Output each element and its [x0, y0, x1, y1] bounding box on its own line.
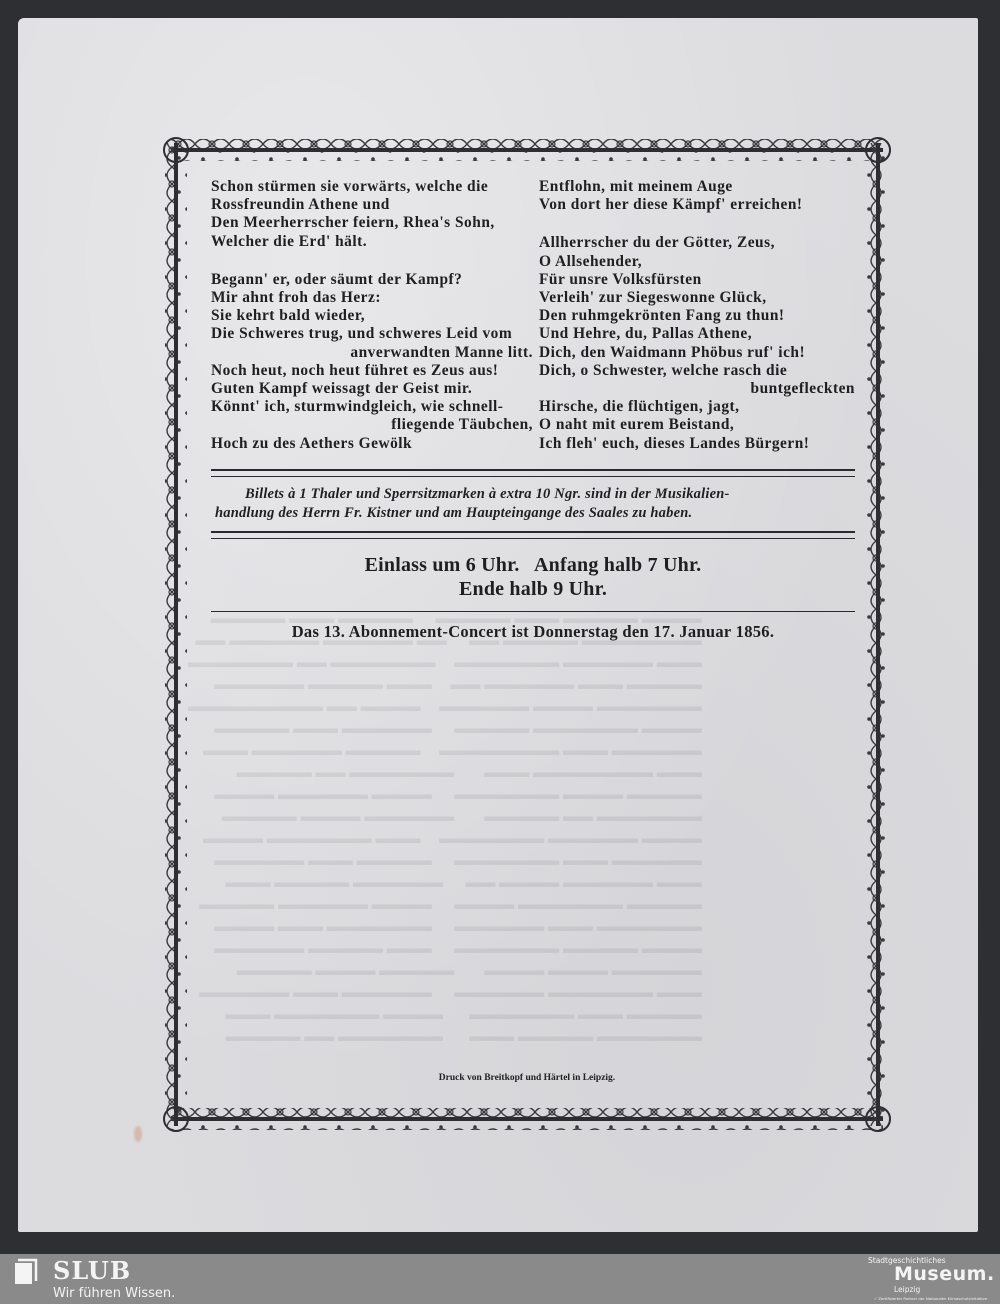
poem-line: Schon stürmen sie vorwärts, welche die — [211, 178, 533, 196]
poem-line-continuation: buntgefleckten — [539, 380, 855, 398]
end-time: Ende halb 9 Uhr. — [211, 577, 855, 601]
poem-stanza: Entflohn, mit meinem Auge Von dort her d… — [539, 178, 855, 214]
certification-text: Zertifizierter Partner der Nationalen Kl… — [878, 1296, 987, 1301]
poem-line: Dich, den Waidmann Phöbus ruf' ich! — [539, 344, 855, 362]
poem-line: Von dort her diese Kämpf' erreichen! — [539, 196, 855, 214]
slub-tagline: Wir führen Wissen. — [53, 1286, 175, 1301]
slub-logo-text: SLUB — [53, 1256, 131, 1285]
poem-line: Sie kehrt bald wieder, — [211, 307, 533, 325]
poem-line: Entflohn, mit meinem Auge — [539, 178, 855, 196]
checkmark-icon: ✓ — [874, 1296, 877, 1301]
museum-city: Leipzig — [894, 1285, 920, 1294]
poem-line: Mir ahnt froh das Herz: — [211, 289, 533, 307]
poem-stanza: Schon stürmen sie vorwärts, welche die R… — [211, 178, 533, 251]
poem-line: Welcher die Erd' hält. — [211, 233, 533, 251]
book-pages-icon — [14, 1258, 40, 1286]
poem-line: Guten Kampf weissagt der Geist mir. — [211, 380, 533, 398]
paper-stain — [134, 1126, 142, 1142]
footer-bar: SLUB Wir führen Wissen. Stadtgeschichtli… — [0, 1254, 1000, 1304]
poem-line: Den ruhmgekrönten Fang zu thun! — [539, 307, 855, 325]
ticket-info-line: Billets à 1 Thaler und Sperrsitzmarken à… — [215, 485, 855, 504]
poem-line: Verleih' zur Siegeswonne Glück, — [539, 289, 855, 307]
poem-line: Rossfreundin Athene und — [211, 196, 533, 214]
museum-certification: ✓ Zertifizierter Partner der Nationalen … — [874, 1296, 987, 1301]
poem-line: Allherrscher du der Götter, Zeus, — [539, 234, 855, 252]
poem-line: Für unsre Volksfürsten — [539, 271, 855, 289]
ticket-info-line: handlung des Herrn Fr. Kistner und am Ha… — [215, 504, 855, 523]
poem-stanza: Begann' er, oder säumt der Kampf? Mir ah… — [211, 271, 533, 453]
next-concert-notice: Das 13. Abonnement-Concert ist Donnersta… — [211, 622, 855, 642]
poem-line: Ich fleh' euch, dieses Landes Bürgern! — [539, 435, 855, 453]
concert-times: Einlass um 6 Uhr. Anfang halb 7 Uhr. End… — [211, 553, 855, 601]
poem-line: Den Meerherrscher feiern, Rhea's Sohn, — [211, 214, 533, 232]
poem-line-continuation: anverwandten Manne litt. — [211, 344, 533, 362]
poem-left-column: Schon stürmen sie vorwärts, welche die R… — [211, 178, 533, 473]
poem-line: Hoch zu des Aethers Gewölk — [211, 435, 533, 453]
printer-imprint: Druck von Breitkopf und Härtel in Leipzi… — [161, 1073, 893, 1083]
poem-line-continuation: fliegende Täubchen, — [211, 416, 533, 434]
poem-right-column: Entflohn, mit meinem Auge Von dort her d… — [539, 178, 855, 473]
poem-line: Und Hehre, du, Pallas Athene, — [539, 325, 855, 343]
poem-line: Noch heut, noch heut führet es Zeus aus! — [211, 362, 533, 380]
museum-name: Museum. — [894, 1263, 995, 1285]
poem-line: Hirsche, die flüchtigen, jagt, — [539, 398, 855, 416]
scanned-page: ▬▬▬▬ ▬▬▬▬▬ ▬▬▬ ▬▬▬▬▬ ▬▬▬▬▬ ▬▬▬ ▬▬▬▬▬ ▬▬▬… — [18, 18, 978, 1232]
poem-line: Begann' er, oder säumt der Kampf? — [211, 271, 533, 289]
poem-line: O Allsehender, — [539, 253, 855, 271]
admission-start-time: Einlass um 6 Uhr. Anfang halb 7 Uhr. — [211, 553, 855, 577]
poem-line: Könnt' ich, sturmwindgleich, wie schnell… — [211, 398, 533, 416]
single-rule-divider — [211, 611, 855, 612]
poem-columns: Schon stürmen sie vorwärts, welche die R… — [211, 178, 855, 473]
poem-line: Dich, o Schwester, welche rasch die — [539, 362, 855, 380]
double-rule-divider — [211, 531, 855, 539]
ticket-info: Billets à 1 Thaler und Sperrsitzmarken à… — [211, 477, 855, 531]
program-content: Schon stürmen sie vorwärts, welche die R… — [211, 178, 855, 642]
poem-stanza: Allherrscher du der Götter, Zeus, O Alls… — [539, 234, 855, 452]
poem-line: Die Schweres trug, und schweres Leid vom — [211, 325, 533, 343]
ornamental-frame: Schon stürmen sie vorwärts, welche die R… — [161, 133, 893, 1136]
poem-line: O naht mit eurem Beistand, — [539, 416, 855, 434]
